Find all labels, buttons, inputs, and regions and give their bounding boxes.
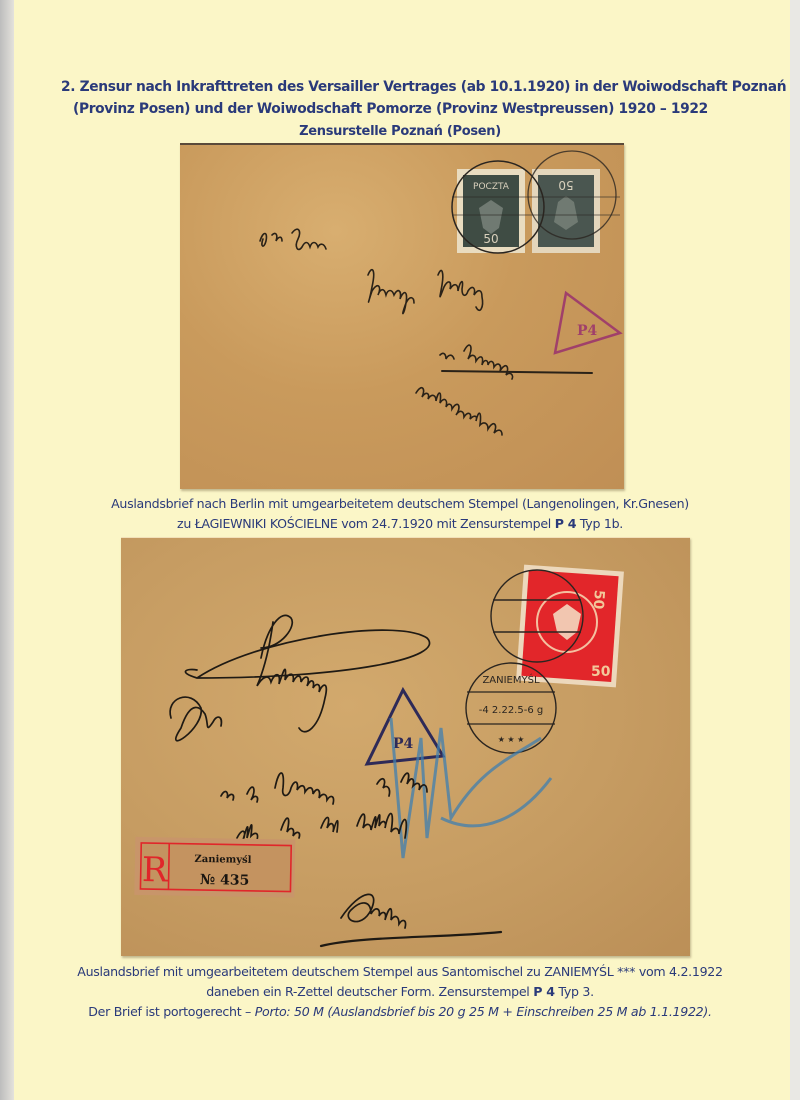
censor-type-bold: P 4 <box>533 984 554 999</box>
svg-text:50: 50 <box>590 589 607 610</box>
caption-text: Der Brief ist portogerecht – <box>88 1004 255 1019</box>
svg-text:№ 435: № 435 <box>200 872 250 889</box>
cover-1-envelope: POCZTA 50 50 P4 <box>180 143 624 489</box>
handwritten-address <box>170 615 501 946</box>
caption-text: Typ 3. <box>555 984 594 999</box>
caption-text: daneben ein R-Zettel deutscher Form. Zen… <box>206 984 533 999</box>
postmark-zaniemysl-bottom: ZANIEMYŚL -4 2.22.5-6 g ★ ★ ★ <box>466 663 556 753</box>
blue-crayon-mark <box>391 718 551 858</box>
heading-line-1: 2. Zensur nach Inkrafttreten des Versail… <box>61 79 786 95</box>
cover-2-caption-line-1: Auslandsbrief mit umgearbeitetem deutsch… <box>0 962 800 982</box>
svg-text:R: R <box>142 850 170 890</box>
svg-text:POCZTA: POCZTA <box>473 182 510 192</box>
svg-text:Zaniemyśl: Zaniemyśl <box>194 854 251 866</box>
svg-text:★ ★ ★: ★ ★ ★ <box>498 735 525 744</box>
caption-text: Typ 1b. <box>576 516 623 531</box>
svg-text:P4: P4 <box>577 323 598 339</box>
cover-2-artwork: 50 50 ZANIEMYŚL -4 2.22.5-6 g ★ ★ ★ P4 <box>121 538 690 956</box>
cover-1-caption: Auslandsbrief nach Berlin mit umgearbeit… <box>0 494 800 534</box>
cover-2-caption-line-3: Der Brief ist portogerecht – Porto: 50 M… <box>0 1002 800 1022</box>
cover-1-artwork: POCZTA 50 50 P4 <box>180 145 624 489</box>
page-heading: 2. Zensur nach Inkrafttreten des Versail… <box>61 76 786 120</box>
handwritten-address <box>260 229 592 435</box>
section-subheading: Zensurstelle Poznań (Posen) <box>0 124 800 139</box>
svg-text:50: 50 <box>483 232 498 246</box>
censor-type-bold: P 4 <box>555 516 576 531</box>
svg-text:-4 2.22.5-6 g: -4 2.22.5-6 g <box>479 705 543 716</box>
svg-text:50: 50 <box>591 664 611 680</box>
heading-line-2: (Provinz Posen) und der Woiwodschaft Pom… <box>61 98 786 120</box>
page-left-edge <box>0 0 14 1100</box>
page-right-edge <box>790 0 800 1100</box>
svg-text:ZANIEMYŚL: ZANIEMYŚL <box>482 673 540 686</box>
cover-2-envelope: 50 50 ZANIEMYŚL -4 2.22.5-6 g ★ ★ ★ P4 <box>121 537 690 956</box>
postage-note: Porto: 50 M (Auslandsbrief bis 20 g 25 M… <box>255 1004 712 1019</box>
censor-mark-p4-icon: P4 <box>555 293 620 353</box>
registration-label: R Zaniemyśl № 435 <box>134 837 295 898</box>
caption-text: zu ŁAGIEWNIKI KOŚCIELNE vom 24.7.1920 mi… <box>177 516 555 531</box>
cover-2-caption: Auslandsbrief mit umgearbeitetem deutsch… <box>0 962 800 1022</box>
cover-1-caption-line-2: zu ŁAGIEWNIKI KOŚCIELNE vom 24.7.1920 mi… <box>0 514 800 534</box>
svg-text:50: 50 <box>558 178 573 192</box>
cover-2-caption-line-2: daneben ein R-Zettel deutscher Form. Zen… <box>0 982 800 1002</box>
svg-text:P4: P4 <box>393 736 414 752</box>
cover-1-caption-line-1: Auslandsbrief nach Berlin mit umgearbeit… <box>0 494 800 514</box>
stamp-50f-inverted-icon: 50 <box>532 169 600 253</box>
censor-mark-p4-icon: P4 <box>367 690 443 764</box>
